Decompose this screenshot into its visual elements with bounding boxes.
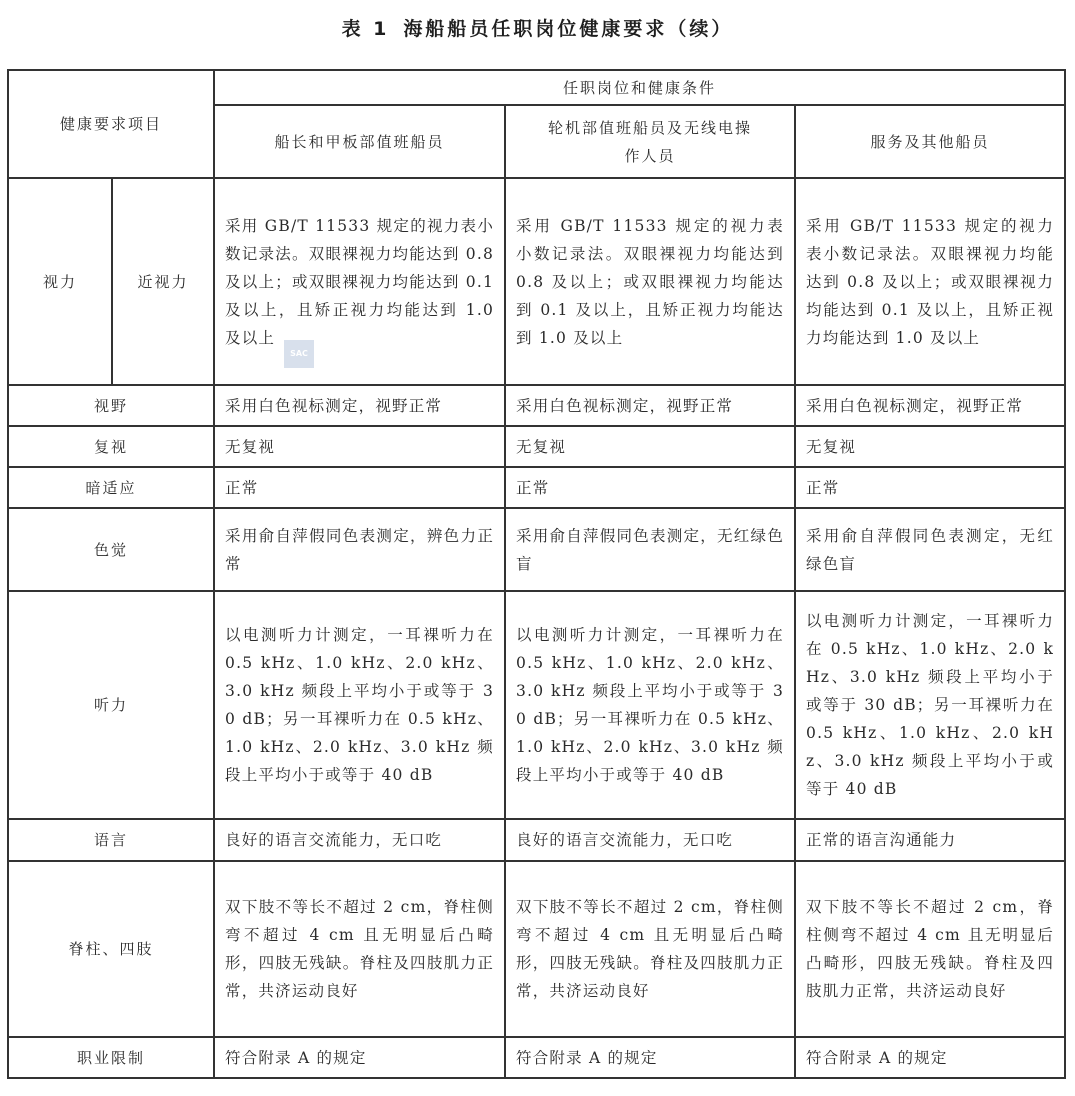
cell-engine-radio: 无复视: [505, 426, 795, 467]
cell-captain-deck: 符合附录 A 的规定: [214, 1037, 505, 1078]
table-number: 表 1: [342, 18, 390, 40]
cell-engine-radio: 符合附录 A 的规定: [505, 1037, 795, 1078]
cell-engine-radio: 采用俞自萍假同色表测定，无红绿色盲: [505, 508, 795, 591]
watermark-logo: SAC: [284, 340, 314, 368]
cell-captain-deck: 无复视: [214, 426, 505, 467]
row-category: 色觉: [8, 508, 214, 591]
cell-captain-deck: 采用 GB/T 11533 规定的视力表小数记录法。双眼裸视力均能达到 0.8 …: [214, 178, 505, 385]
table-row: 职业限制 符合附录 A 的规定 符合附录 A 的规定 符合附录 A 的规定: [8, 1037, 1065, 1078]
table-row: 复视 无复视 无复视 无复视: [8, 426, 1065, 467]
header-row-group: 健康要求项目 任职岗位和健康条件: [8, 70, 1065, 105]
table-row: 语言 良好的语言交流能力，无口吃 良好的语言交流能力，无口吃 正常的语言沟通能力: [8, 819, 1065, 861]
table-row: 视力 近视力 采用 GB/T 11533 规定的视力表小数记录法。双眼裸视力均能…: [8, 178, 1065, 385]
cell-captain-deck: 以电测听力计测定，一耳裸听力在 0.5 kHz、1.0 kHz、2.0 kHz、…: [214, 591, 505, 819]
cell-service-other: 正常: [795, 467, 1065, 508]
cell-captain-deck: 双下肢不等长不超过 2 cm，脊柱侧弯不超过 4 cm 且无明显后凸畸形，四肢无…: [214, 861, 505, 1037]
header-col-engine-radio: 轮机部值班船员及无线电操作人员: [505, 105, 795, 178]
table-title: 表 1海船船员任职岗位健康要求（续）: [0, 14, 1075, 41]
cell-service-other: 采用俞自萍假同色表测定，无红绿色盲: [795, 508, 1065, 591]
cell-captain-deck: 采用俞自萍假同色表测定，辨色力正常: [214, 508, 505, 591]
row-category: 视力: [8, 178, 112, 385]
header-col-service-other: 服务及其他船员: [795, 105, 1065, 178]
cell-service-other: 采用 GB/T 11533 规定的视力表小数记录法。双眼裸视力均能达到 0.8 …: [795, 178, 1065, 385]
table-row: 暗适应 正常 正常 正常: [8, 467, 1065, 508]
header-position-group: 任职岗位和健康条件: [214, 70, 1065, 105]
table-title-text: 海船船员任职岗位健康要求（续）: [403, 18, 733, 40]
cell-service-other: 正常的语言沟通能力: [795, 819, 1065, 861]
cell-engine-radio: 以电测听力计测定，一耳裸听力在 0.5 kHz、1.0 kHz、2.0 kHz、…: [505, 591, 795, 819]
cell-service-other: 符合附录 A 的规定: [795, 1037, 1065, 1078]
cell-service-other: 以电测听力计测定，一耳裸听力在 0.5 kHz、1.0 kHz、2.0 kHz、…: [795, 591, 1065, 819]
row-category: 暗适应: [8, 467, 214, 508]
header-health-item: 健康要求项目: [8, 70, 214, 178]
row-category: 脊柱、四肢: [8, 861, 214, 1037]
cell-engine-radio: 良好的语言交流能力，无口吃: [505, 819, 795, 861]
cell-service-other: 双下肢不等长不超过 2 cm，脊柱侧弯不超过 4 cm 且无明显后凸畸形，四肢无…: [795, 861, 1065, 1037]
cell-engine-radio: 采用白色视标测定，视野正常: [505, 385, 795, 426]
cell-captain-deck: 采用白色视标测定，视野正常: [214, 385, 505, 426]
cell-captain-deck: 良好的语言交流能力，无口吃: [214, 819, 505, 861]
table-row: 视野 采用白色视标测定，视野正常 采用白色视标测定，视野正常 采用白色视标测定，…: [8, 385, 1065, 426]
table-row: 色觉 采用俞自萍假同色表测定，辨色力正常 采用俞自萍假同色表测定，无红绿色盲 采…: [8, 508, 1065, 591]
row-category: 职业限制: [8, 1037, 214, 1078]
table-row: 听力 以电测听力计测定，一耳裸听力在 0.5 kHz、1.0 kHz、2.0 k…: [8, 591, 1065, 819]
cell-engine-radio: 采用 GB/T 11533 规定的视力表小数记录法。双眼裸视力均能达到 0.8 …: [505, 178, 795, 385]
cell-engine-radio: 双下肢不等长不超过 2 cm，脊柱侧弯不超过 4 cm 且无明显后凸畸形，四肢无…: [505, 861, 795, 1037]
row-category: 视野: [8, 385, 214, 426]
row-category: 语言: [8, 819, 214, 861]
header-col-captain-deck: 船长和甲板部值班船员: [214, 105, 505, 178]
table-row: 脊柱、四肢 双下肢不等长不超过 2 cm，脊柱侧弯不超过 4 cm 且无明显后凸…: [8, 861, 1065, 1037]
cell-engine-radio: 正常: [505, 467, 795, 508]
cell-service-other: 采用白色视标测定，视野正常: [795, 385, 1065, 426]
row-category: 听力: [8, 591, 214, 819]
cell-service-other: 无复视: [795, 426, 1065, 467]
health-requirements-table: 健康要求项目 任职岗位和健康条件 船长和甲板部值班船员 轮机部值班船员及无线电操…: [7, 69, 1066, 1079]
row-subcategory: 近视力: [112, 178, 214, 385]
row-category: 复视: [8, 426, 214, 467]
cell-captain-deck: 正常: [214, 467, 505, 508]
